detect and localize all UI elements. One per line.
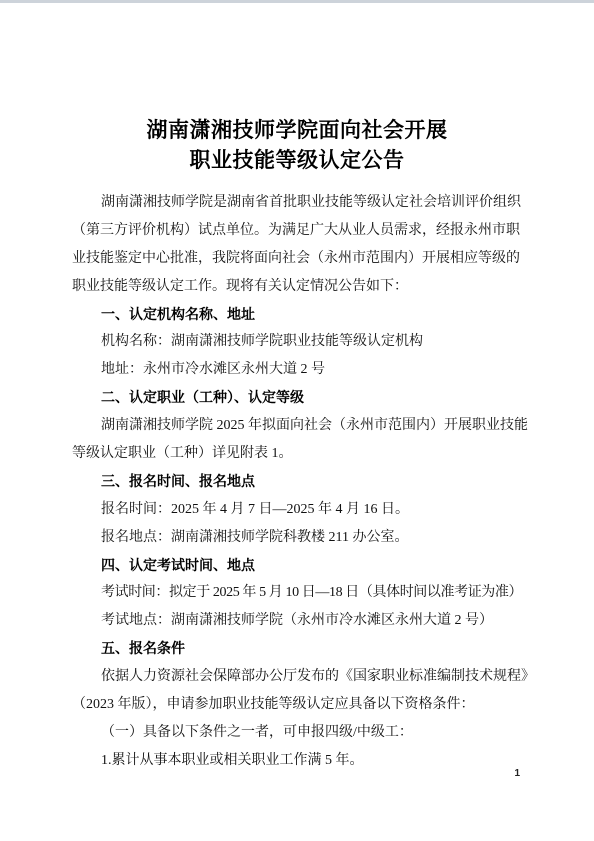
doc-line: 考试时间：拟定于 2025 年 5 月 10 日—18 日（具体时间以准考证为准…: [72, 579, 522, 607]
page-number: 1: [514, 768, 520, 779]
document-content: 湖南潇湘技师学院面向社会开展 职业技能等级认定公告 湖南潇湘技师学院是湖南省首批…: [72, 116, 522, 775]
doc-line: 地址：永州市冷水滩区永州大道 2 号: [72, 356, 522, 384]
document-page: 湖南潇湘技师学院面向社会开展 职业技能等级认定公告 湖南潇湘技师学院是湖南省首批…: [0, 0, 594, 841]
doc-line: （2023 年版），申请参加职业技能等级认定应具备以下资格条件：: [72, 691, 522, 719]
doc-line: 机构名称：湖南潇湘技师学院职业技能等级认定机构: [72, 328, 522, 356]
doc-line: （第三方评价机构）试点单位。为满足广大从业人员需求，经报永州市职: [72, 217, 522, 245]
document-title-line-1: 湖南潇湘技师学院面向社会开展: [72, 116, 522, 146]
doc-line: 业技能鉴定中心批准，我院将面向社会（永州市范围内）开展相应等级的: [72, 245, 522, 273]
section-heading-3: 三、报名时间、报名地点: [72, 468, 522, 496]
doc-line: 湖南潇湘技师学院 2025 年拟面向社会（永州市范围内）开展职业技能: [72, 412, 522, 440]
page-top-edge: [0, 0, 594, 3]
section-heading-1: 一、认定机构名称、地址: [72, 301, 522, 329]
doc-line: 考试地点：湖南潇湘技师学院（永州市冷水滩区永州大道 2 号）: [72, 607, 522, 635]
doc-line: 职业技能等级认定工作。现将有关认定情况公告如下：: [72, 273, 522, 301]
doc-line: 报名时间：2025 年 4 月 7 日—2025 年 4 月 16 日。: [72, 496, 522, 524]
doc-line: 湖南潇湘技师学院是湖南省首批职业技能等级认定社会培训评价组织: [72, 189, 522, 217]
section-heading-5: 五、报名条件: [72, 635, 522, 663]
document-title-line-2: 职业技能等级认定公告: [72, 146, 522, 176]
title-spacer: [72, 176, 522, 189]
doc-line: 1.累计从事本职业或相关职业工作满 5 年。: [72, 747, 522, 775]
section-heading-2: 二、认定职业（工种）、认定等级: [72, 384, 522, 412]
doc-line: 等级认定职业（工种）详见附表 1。: [72, 440, 522, 468]
section-heading-4: 四、认定考试时间、地点: [72, 552, 522, 580]
doc-line: 依据人力资源社会保障部办公厅发布的《国家职业标准编制技术规程》: [72, 663, 522, 691]
doc-line: （一）具备以下条件之一者，可申报四级/中级工：: [72, 719, 522, 747]
doc-line: 报名地点：湖南潇湘技师学院科教楼 211 办公室。: [72, 524, 522, 552]
